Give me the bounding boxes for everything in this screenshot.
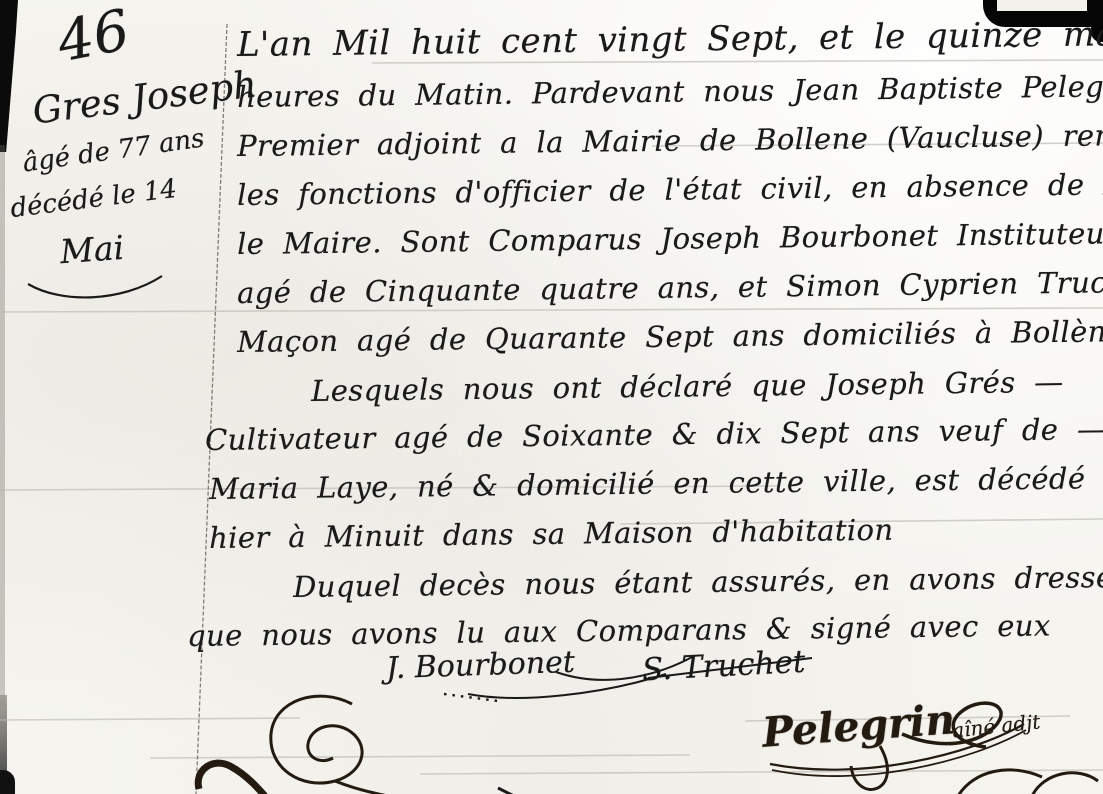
margin-record-number: 46 bbox=[52, 0, 134, 75]
signature-officer-pelegrin: Pelegrin bbox=[761, 695, 957, 756]
flourish-bottom-left-stroke bbox=[198, 763, 270, 794]
margin-age-note: âgé de 77 ans bbox=[21, 123, 206, 178]
flourish-spiral bbox=[271, 696, 422, 794]
signature-witness-bourbonet: J. Bourbonet bbox=[385, 645, 575, 687]
margin-deceased-date-note: décédé le 14 bbox=[9, 174, 179, 224]
scanned-death-record-page: 46 Gres Joseph âgé de 77 ans décédé le 1… bbox=[0, 0, 1103, 794]
scan-edge-left-top bbox=[0, 0, 18, 152]
signature-officer-title: aîné adjt bbox=[951, 709, 1041, 742]
signature-witness-truchet: S. Truchet bbox=[641, 644, 806, 689]
scan-edge-left-middle bbox=[0, 145, 5, 705]
flourish-bottom-center-mark bbox=[498, 788, 514, 794]
flourish-next-entry-cutoff bbox=[958, 770, 1098, 794]
margin-month-note: Mai bbox=[59, 228, 126, 271]
flourish-under-mai bbox=[28, 276, 162, 297]
act-body: L'an Mil huit cent vingt Sept, et le qui… bbox=[237, 16, 1103, 653]
scan-edge-left-corner-blob bbox=[0, 770, 15, 794]
